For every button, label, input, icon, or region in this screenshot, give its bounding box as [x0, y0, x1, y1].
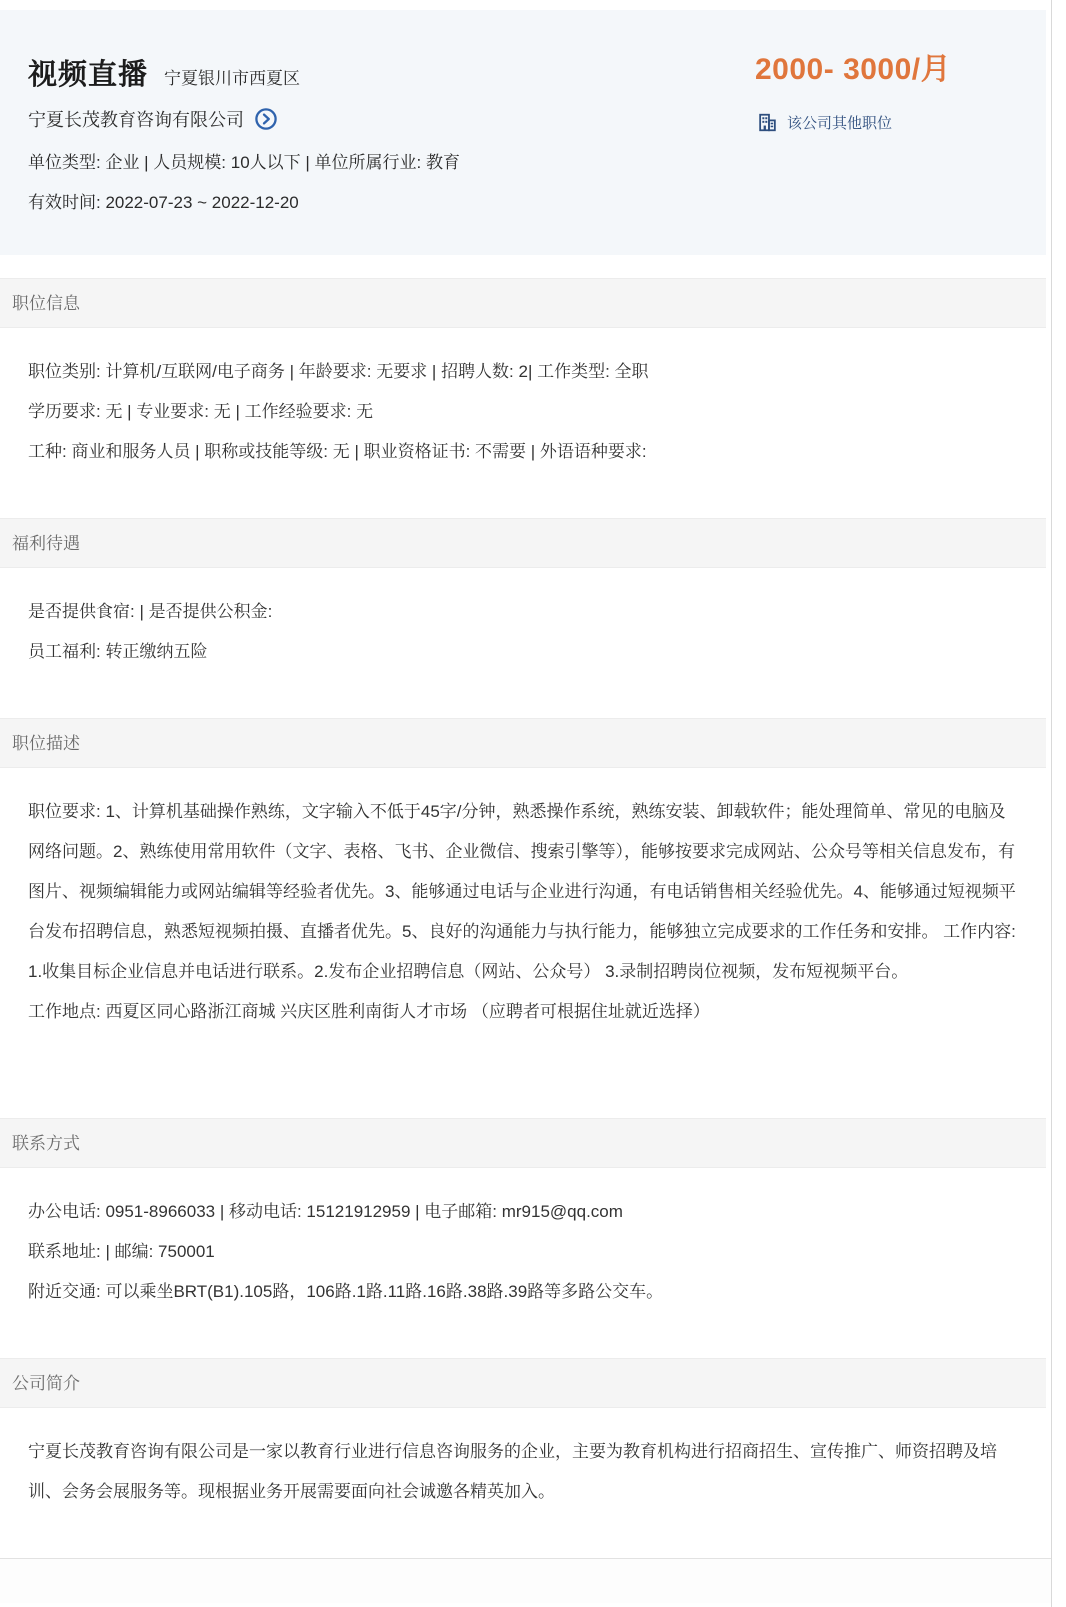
section-title: 职位信息 — [12, 294, 80, 313]
job-info-line: 学历要求: 无 | 专业要求: 无 | 工作经验要求: 无 — [28, 392, 1021, 432]
job-info-line: 职位类别: 计算机/互联网/电子商务 | 年龄要求: 无要求 | 招聘人数: 2… — [28, 352, 1021, 392]
section-header-welfare: 福利待遇 — [0, 518, 1046, 568]
salary-label: 2000- 3000/月 — [755, 44, 951, 88]
section-title: 职位描述 — [12, 734, 80, 753]
company-meta-line: 单位类型: 企业 | 人员规模: 10人以下 | 单位所属行业: 教育 — [28, 148, 460, 173]
section-title: 福利待遇 — [12, 534, 80, 553]
validity-period: 有效时间: 2022-07-23 ~ 2022-12-20 — [28, 188, 299, 213]
company-name[interactable]: 宁夏长茂教育咨询有限公司 — [28, 106, 244, 132]
section-body-company-intro: 宁夏长茂教育咨询有限公司是一家以教育行业进行信息咨询服务的企业，主要为教育机构进… — [0, 1408, 1051, 1558]
job-header-card: 视频直播宁夏银川市西夏区 2000- 3000/月 宁夏长茂教育咨询有限公司 — [0, 10, 1046, 255]
welfare-line: 员工福利: 转正缴纳五险 — [28, 632, 1021, 672]
top-strip — [0, 0, 1051, 10]
job-location: 宁夏银川市西夏区 — [164, 69, 300, 88]
chevron-right-circle-icon[interactable] — [254, 107, 278, 131]
job-info-line: 工种: 商业和服务人员 | 职称或技能等级: 无 | 职业资格证书: 不需要 |… — [28, 432, 1021, 472]
other-jobs-link[interactable]: 该公司其他职位 — [757, 112, 892, 133]
company-intro-paragraph: 宁夏长茂教育咨询有限公司是一家以教育行业进行信息咨询服务的企业，主要为教育机构进… — [28, 1432, 1021, 1512]
section-header-company-intro: 公司简介 — [0, 1358, 1046, 1408]
contact-line: 附近交通: 可以乘坐BRT(B1).105路，106路.1路.11路.16路.3… — [28, 1272, 1021, 1312]
section-title: 公司简介 — [12, 1374, 80, 1393]
work-location-line: 工作地点: 西夏区同心路浙江商城 兴庆区胜利南街人才市场 （应聘者可根据住址就近… — [28, 992, 1021, 1032]
other-jobs-label: 该公司其他职位 — [787, 112, 892, 133]
section-title: 联系方式 — [12, 1134, 80, 1153]
section-header-description: 职位描述 — [0, 718, 1046, 768]
section-body-contact: 办公电话: 0951-8966033 | 移动电话: 15121912959 |… — [0, 1168, 1051, 1358]
company-row: 宁夏长茂教育咨询有限公司 — [28, 106, 278, 132]
page-footer — [0, 1558, 1051, 1603]
welfare-line: 是否提供食宿: | 是否提供公积金: — [28, 592, 1021, 632]
section-body-job-info: 职位类别: 计算机/互联网/电子商务 | 年龄要求: 无要求 | 招聘人数: 2… — [0, 328, 1051, 518]
job-title: 视频直播 — [28, 59, 148, 91]
job-title-row: 视频直播宁夏银川市西夏区 — [28, 52, 300, 93]
section-body-welfare: 是否提供食宿: | 是否提供公积金: 员工福利: 转正缴纳五险 — [0, 568, 1051, 718]
job-description-paragraph: 职位要求: 1、计算机基础操作熟练，文字输入不低于45字/分钟，熟悉操作系统，熟… — [28, 792, 1021, 992]
section-header-contact: 联系方式 — [0, 1118, 1046, 1168]
section-header-job-info: 职位信息 — [0, 278, 1046, 328]
buildings-icon — [757, 112, 778, 133]
job-detail-page: 视频直播宁夏银川市西夏区 2000- 3000/月 宁夏长茂教育咨询有限公司 — [0, 0, 1052, 1607]
contact-line: 办公电话: 0951-8966033 | 移动电话: 15121912959 |… — [28, 1192, 1021, 1232]
contact-line: 联系地址: | 邮编: 750001 — [28, 1232, 1021, 1272]
section-body-description: 职位要求: 1、计算机基础操作熟练，文字输入不低于45字/分钟，熟悉操作系统，熟… — [0, 768, 1051, 1118]
